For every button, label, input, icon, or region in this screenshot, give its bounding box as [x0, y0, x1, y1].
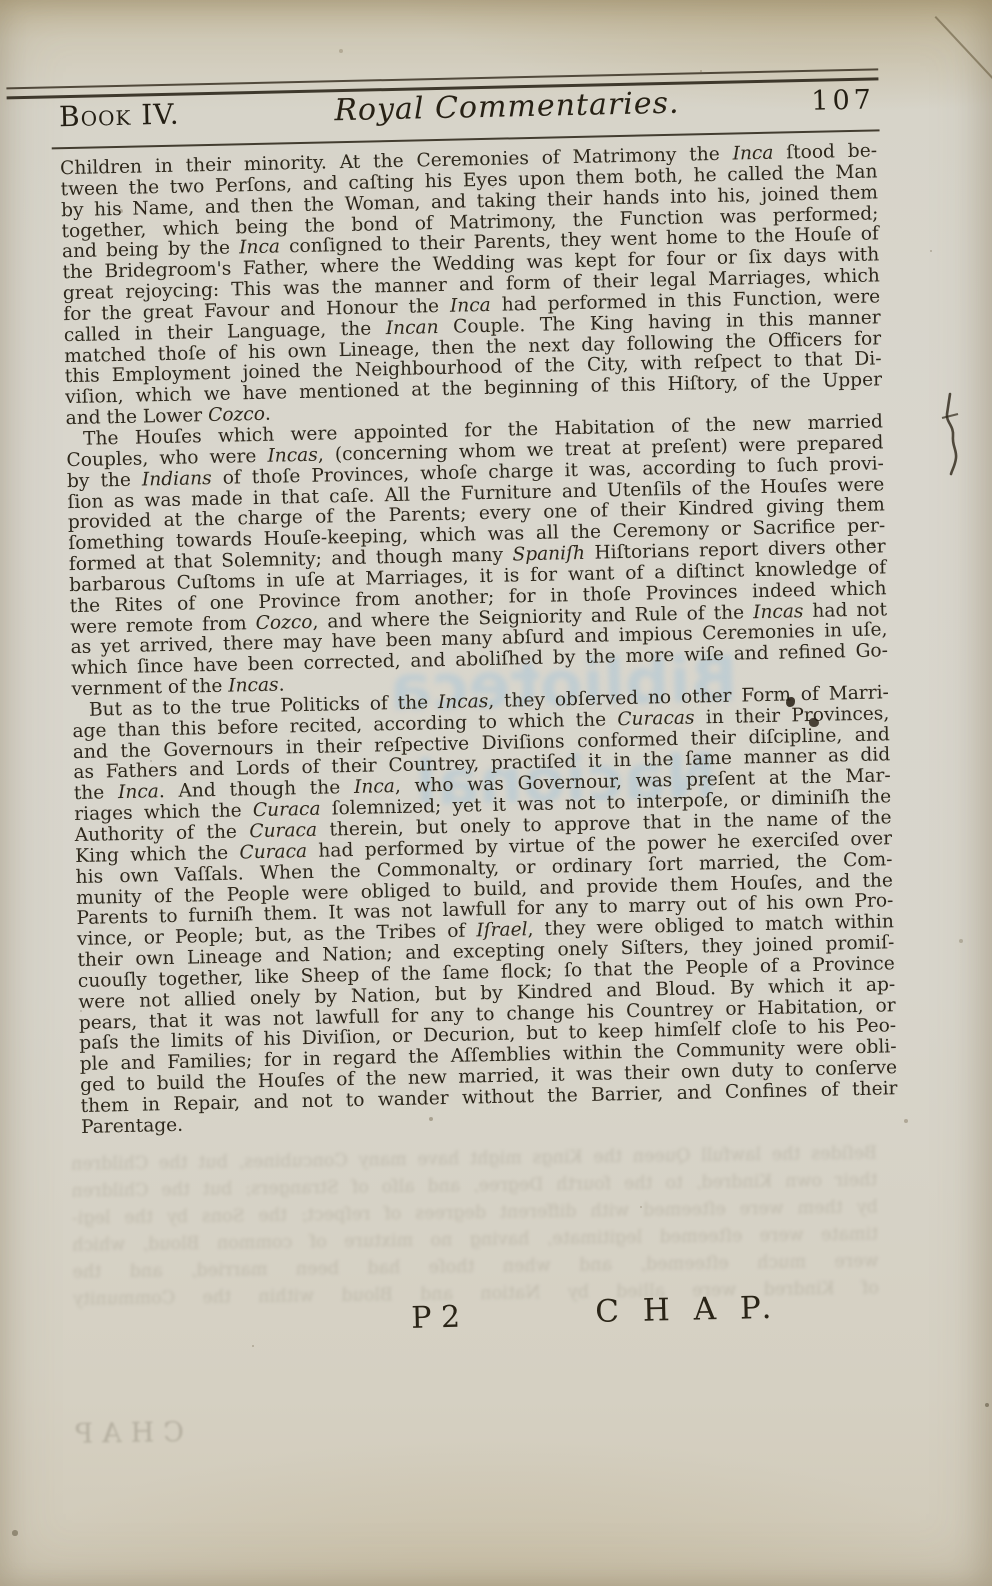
- book-number: Book IV.: [59, 95, 280, 133]
- book-page-scan: Biblioteca Nacional Beſides the lawfull …: [0, 0, 992, 1586]
- book-number-text: Book IV.: [59, 98, 180, 134]
- page-number: 107: [735, 84, 876, 118]
- catchword: C H A P.: [595, 1290, 779, 1330]
- ink-blot: [809, 718, 819, 727]
- ink-squiggle-mark: [936, 392, 962, 476]
- printed-block: Book IV. Royal Commentaries. 107 Childre…: [0, 0, 992, 1586]
- signature-mark: P 2: [411, 1300, 461, 1336]
- text-block: Children in their minority. At the Cerem…: [60, 141, 898, 1138]
